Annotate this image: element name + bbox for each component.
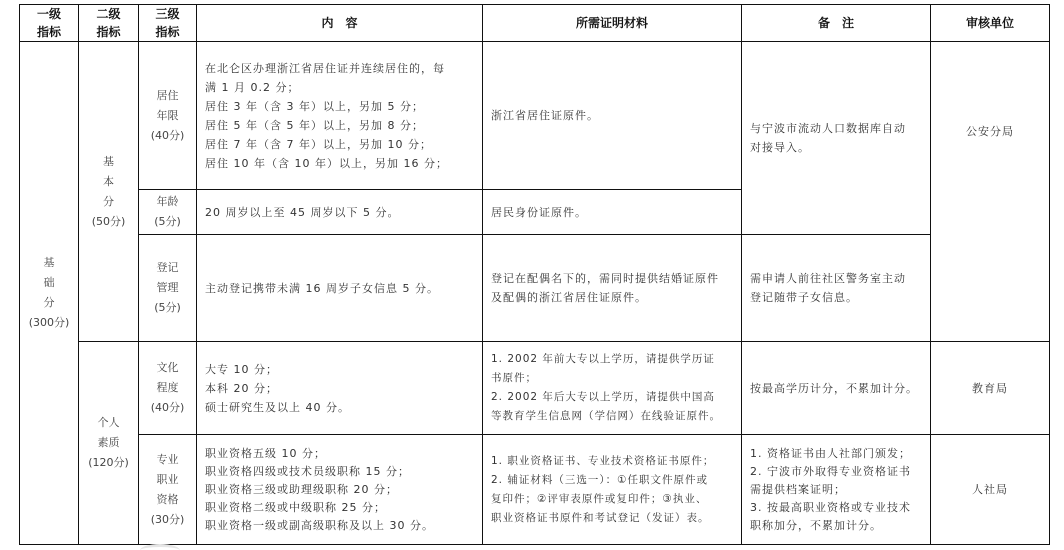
decorative-arc (140, 544, 180, 550)
remarks-cell: 与宁波市流动人口数据库自动对接导入。 (742, 42, 931, 235)
content-cell: 大专 10 分；本科 20 分；硕士研究生及以上 40 分。 (197, 342, 483, 435)
header-unit: 审核单位 (931, 5, 1050, 42)
header-remarks: 备 注 (742, 5, 931, 42)
level3-age: 年龄(5分) (139, 190, 197, 235)
header-level3: 三级指标 (139, 5, 197, 42)
content-cell: 20 周岁以上至 45 周岁以下 5 分。 (197, 190, 483, 235)
unit-cell-hr: 人社局 (931, 435, 1050, 545)
materials-cell: 1. 2002 年前大专以上学历，请提供学历证书原件；2. 2002 年后大专以… (483, 342, 742, 435)
level2-base-points: 基本分(50分) (79, 42, 139, 342)
remarks-cell: 按最高学历计分，不累加计分。 (742, 342, 931, 435)
materials-cell: 登记在配偶名下的，需同时提供结婚证原件及配偶的浙江省居住证原件。 (483, 235, 742, 342)
unit-cell-police: 公安分局 (931, 42, 1050, 342)
table-row: 个人素质(120分) 文化程度(40分) 大专 10 分；本科 20 分；硕士研… (20, 342, 1050, 435)
content-cell: 职业资格五级 10 分；职业资格四级或技术员级职称 15 分；职业资格三级或助理… (197, 435, 483, 545)
table-row: 登记管理(5分) 主动登记携带未满 16 周岁子女信息 5 分。 登记在配偶名下… (20, 235, 1050, 342)
header-level1: 一级指标 (20, 5, 79, 42)
header-row: 一级指标 二级指标 三级指标 内 容 所需证明材料 备 注 审核单位 (20, 5, 1050, 42)
level3-registration: 登记管理(5分) (139, 235, 197, 342)
materials-cell: 居民身份证原件。 (483, 190, 742, 235)
header-materials: 所需证明材料 (483, 5, 742, 42)
points-table: 一级指标 二级指标 三级指标 内 容 所需证明材料 备 注 审核单位 基础分(3… (19, 4, 1050, 545)
remarks-cell: 1. 资格证书由人社部门颁发；2. 宁波市外取得专业资格证书需提供档案证明；3.… (742, 435, 931, 545)
level3-residence-years: 居住年限(40分) (139, 42, 197, 190)
table-row: 专业职业资格(30分) 职业资格五级 10 分；职业资格四级或技术员级职称 15… (20, 435, 1050, 545)
level3-education: 文化程度(40分) (139, 342, 197, 435)
unit-cell-education: 教育局 (931, 342, 1050, 435)
level3-professional-qualification: 专业职业资格(30分) (139, 435, 197, 545)
header-level2: 二级指标 (79, 5, 139, 42)
materials-cell: 浙江省居住证原件。 (483, 42, 742, 190)
table-row: 基础分(300分) 基本分(50分) 居住年限(40分) 在北仑区办理浙江省居住… (20, 42, 1050, 190)
content-cell: 在北仑区办理浙江省居住证并连续居住的，每满 1 月 0.2 分；居住 3 年（含… (197, 42, 483, 190)
level2-personal-quality: 个人素质(120分) (79, 342, 139, 545)
remarks-cell: 需申请人前往社区警务室主动登记随带子女信息。 (742, 235, 931, 342)
materials-cell: 1. 职业资格证书、专业技术资格证书原件；2. 辅证材料（三选一）：①任职文件原… (483, 435, 742, 545)
content-cell: 主动登记携带未满 16 周岁子女信息 5 分。 (197, 235, 483, 342)
level1-basic-points: 基础分(300分) (20, 42, 79, 545)
header-content: 内 容 (197, 5, 483, 42)
